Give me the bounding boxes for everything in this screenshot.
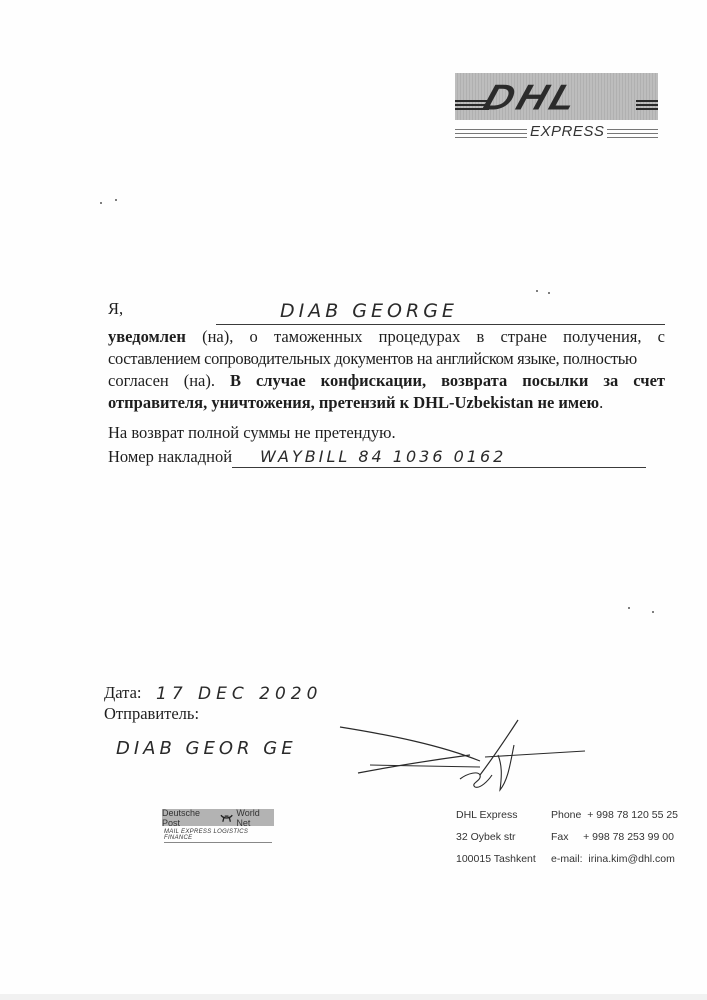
handwritten-date: 17 DEC 2020	[156, 684, 322, 704]
scan-speck	[628, 607, 630, 609]
agree-text: согласен (на).	[108, 371, 215, 390]
scanned-document-page: DHL EXPRESS Я, DIAB GEORGE уведомлен (на…	[0, 0, 707, 1000]
email-row: e-mail: irina.kim@dhl.com	[551, 853, 675, 865]
scan-speck	[652, 611, 654, 613]
notified-bold: уведомлен	[108, 327, 186, 346]
waybill-underline	[232, 467, 646, 468]
no-claims-bold: отправителя, уничтожения, претензий к DH…	[108, 393, 599, 412]
phone-number: + 998 78 120 55 25	[587, 809, 678, 821]
paragraph-line-1-rest: (на), о таможенных процедурах в стране п…	[202, 327, 665, 346]
scan-speck	[100, 202, 102, 204]
paragraph-line-4: отправителя, уничтожения, претензий к DH…	[108, 392, 603, 414]
phone-row: Phone + 998 78 120 55 25	[551, 809, 678, 821]
paragraph-line-1: уведомлен (на), о таможенных процедурах …	[108, 326, 665, 348]
date-label: Дата:	[104, 682, 141, 704]
paragraph-line-2: составлением сопроводительных документов…	[108, 348, 668, 370]
scan-speck	[548, 292, 550, 294]
scan-speck	[115, 199, 117, 201]
intro-text: Я,	[108, 298, 123, 320]
partner-tagline: MAIL EXPRESS LOGISTICS FINANCE	[164, 829, 272, 843]
paragraph-line-3: согласен (на). В случае конфискации, воз…	[108, 370, 665, 392]
logo-subtitle: EXPRESS	[527, 123, 607, 140]
address-street: 32 Oybek str	[456, 831, 516, 843]
scan-speck	[536, 290, 538, 292]
waybill-label: Номер накладной	[108, 446, 232, 468]
address-city: 100015 Tashkent	[456, 853, 536, 865]
handwritten-name: DIAB GEORGE	[280, 300, 458, 322]
logo-speed-stripes-right	[636, 100, 658, 114]
deutsche-post-world-net-logo: Deutsche Post World Net	[162, 809, 274, 826]
handwritten-sender-name: DIAB GEOR GE	[116, 738, 297, 759]
scan-edge	[0, 994, 707, 1000]
signature-scribble-icon	[330, 715, 590, 795]
fax-number: + 998 78 253 99 00	[583, 831, 674, 843]
email-address: irina.kim@dhl.com	[588, 853, 675, 865]
address-company: DHL Express	[456, 809, 517, 821]
handwritten-waybill-number: WAYBILL 84 1036 0162	[260, 447, 506, 466]
confiscation-bold: В случае конфискации, возврата посылки з…	[230, 371, 665, 390]
refund-statement: На возврат полной суммы не претендую.	[108, 422, 396, 444]
name-underline	[216, 324, 665, 325]
post-horn-icon	[220, 813, 233, 823]
dhl-express-logo: DHL EXPRESS	[455, 73, 658, 143]
fax-row: Fax + 998 78 253 99 00	[551, 831, 674, 843]
logo-wordmark: DHL	[479, 78, 586, 118]
sender-label: Отправитель:	[104, 703, 199, 725]
